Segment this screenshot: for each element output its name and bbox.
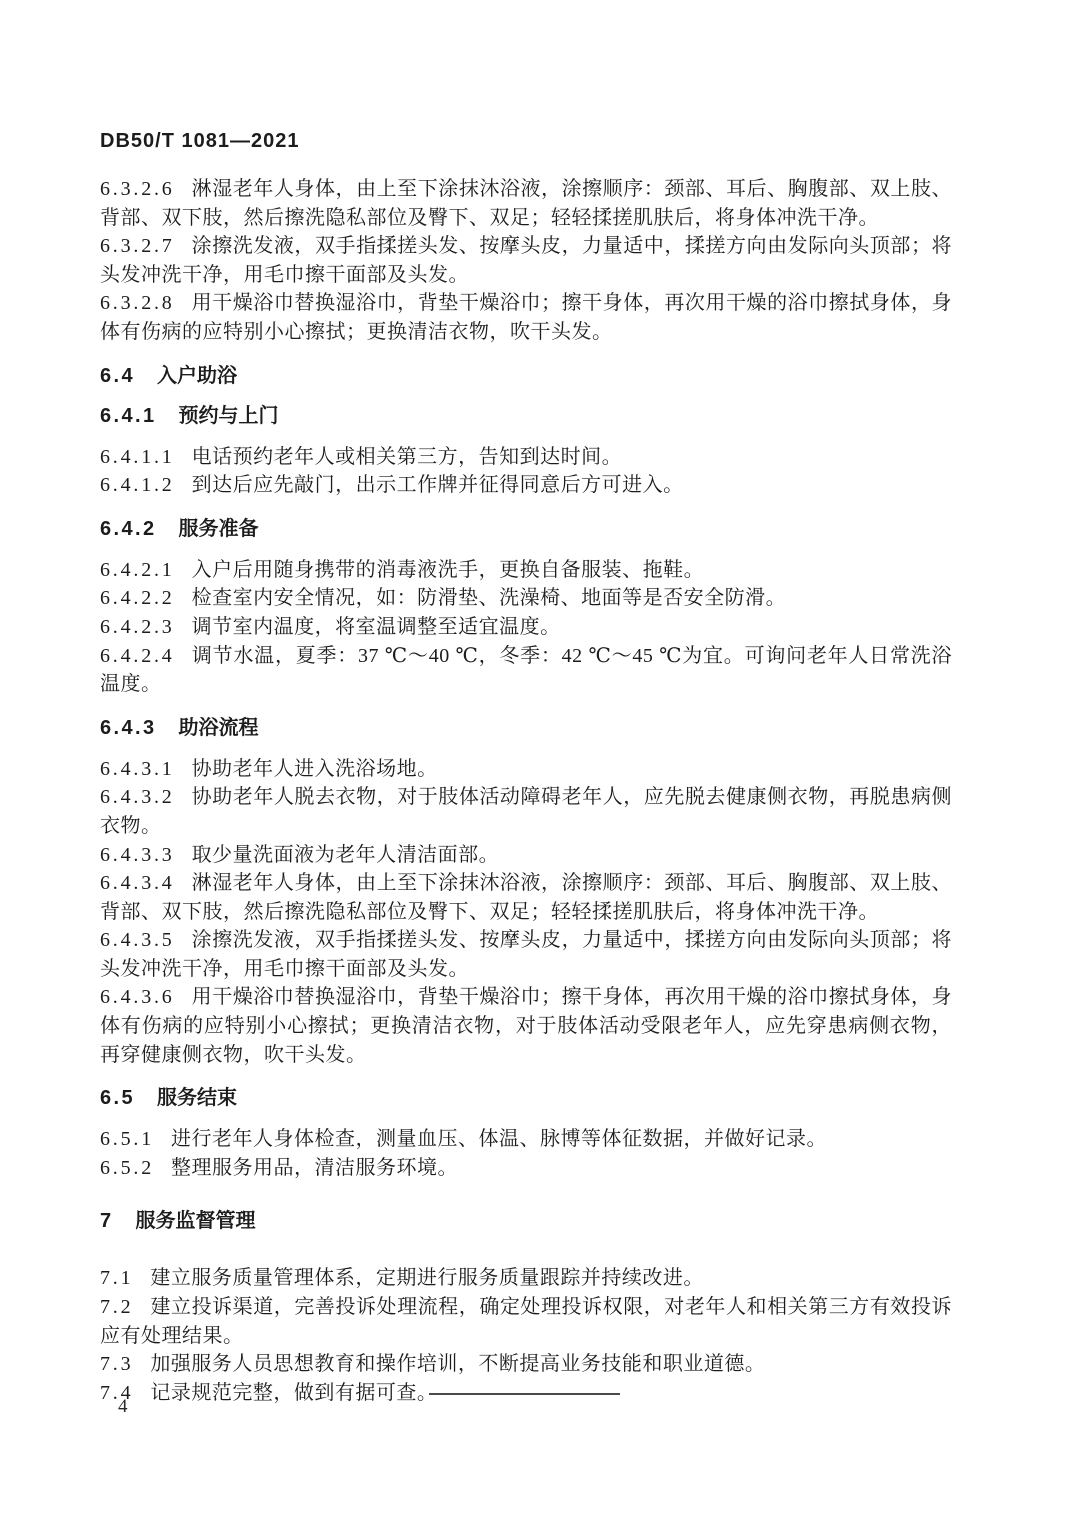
block-number: 7.2 bbox=[100, 1296, 133, 1318]
heading-6.4: 6.4入户助浴 bbox=[100, 365, 952, 387]
block-text: 入户后用随身携带的消毒液洗手，更换自备服装、拖鞋。 bbox=[192, 559, 705, 581]
block-text: 入户助浴 bbox=[157, 365, 237, 387]
clause-6.4.2.1: 6.4.2.1入户后用随身携带的消毒液洗手，更换自备服装、拖鞋。 bbox=[100, 556, 952, 585]
document-page: DB50/T 1081—2021 6.3.2.6淋湿老年人身体，由上至下涂抹沐浴… bbox=[0, 0, 1074, 1520]
block-text: 淋湿老年人身体，由上至下涂抹沐浴液，涂擦顺序：颈部、耳后、胸腹部、双上肢、背部、… bbox=[100, 872, 952, 923]
block-text: 用干燥浴巾替换湿浴巾，背垫干燥浴巾；擦干身体，再次用干燥的浴巾擦拭身体，身体有伤… bbox=[100, 292, 952, 343]
block-number: 6.4.2.2 bbox=[100, 587, 175, 609]
footer-rule bbox=[429, 1393, 620, 1395]
clause-7.2: 7.2建立投诉渠道，完善投诉处理流程，确定处理投诉权限，对老年人和相关第三方有效… bbox=[100, 1293, 952, 1350]
block-number: 6.4 bbox=[100, 365, 135, 387]
clause-6.3.2.8: 6.3.2.8用干燥浴巾替换湿浴巾，背垫干燥浴巾；擦干身体，再次用干燥的浴巾擦拭… bbox=[100, 289, 952, 346]
heading-6.4.2: 6.4.2服务准备 bbox=[100, 518, 952, 540]
clause-6.4.3.6: 6.4.3.6用干燥浴巾替换湿浴巾，背垫干燥浴巾；擦干身体，再次用干燥的浴巾擦拭… bbox=[100, 983, 952, 1069]
block-number: 7.4 bbox=[100, 1382, 133, 1404]
block-number: 6.3.2.8 bbox=[100, 292, 175, 314]
block-number: 6.3.2.7 bbox=[100, 235, 175, 257]
heading-6.4.3: 6.4.3助浴流程 bbox=[100, 717, 952, 739]
clause-6.4.3.3: 6.4.3.3取少量洗面液为老年人清洁面部。 bbox=[100, 841, 952, 870]
clause-6.5.1: 6.5.1进行老年人身体检查，测量血压、体温、脉博等体征数据，并做好记录。 bbox=[100, 1125, 952, 1154]
block-number: 6.4.1.2 bbox=[100, 474, 175, 496]
block-text: 涂擦洗发液，双手指揉搓头发、按摩头皮，力量适中，揉搓方向由发际向头顶部；将头发冲… bbox=[100, 929, 952, 980]
heading-7: 7服务监督管理 bbox=[100, 1210, 952, 1232]
block-number: 6.4.2.1 bbox=[100, 559, 175, 581]
block-text: 用干燥浴巾替换湿浴巾，背垫干燥浴巾；擦干身体，再次用干燥的浴巾擦拭身体，身体有伤… bbox=[100, 986, 952, 1065]
block-number: 7.1 bbox=[100, 1267, 133, 1289]
block-number: 6.4.3 bbox=[100, 717, 156, 739]
block-number: 6.4.3.5 bbox=[100, 929, 175, 951]
block-text: 建立投诉渠道，完善投诉处理流程，确定处理投诉权限，对老年人和相关第三方有效投诉应… bbox=[100, 1296, 952, 1347]
heading-6.4.1: 6.4.1预约与上门 bbox=[100, 405, 952, 427]
block-number: 6.4.3.3 bbox=[100, 844, 175, 866]
clause-6.4.2.4: 6.4.2.4调节水温，夏季：37 ℃～40 ℃，冬季：42 ℃～45 ℃为宜。… bbox=[100, 642, 952, 699]
block-text: 取少量洗面液为老年人清洁面部。 bbox=[192, 844, 500, 866]
block-text: 调节室内温度，将室温调整至适宜温度。 bbox=[192, 616, 561, 638]
clause-6.4.3.4: 6.4.3.4淋湿老年人身体，由上至下涂抹沐浴液，涂擦顺序：颈部、耳后、胸腹部、… bbox=[100, 869, 952, 926]
block-text: 记录规范完整，做到有据可查。 bbox=[150, 1382, 437, 1404]
clause-6.4.3.2: 6.4.3.2协助老年人脱去衣物，对于肢体活动障碍老年人，应先脱去健康侧衣物，再… bbox=[100, 783, 952, 840]
block-text: 加强服务人员思想教育和操作培训，不断提高业务技能和职业道德。 bbox=[150, 1353, 765, 1375]
block-text: 服务监督管理 bbox=[136, 1210, 256, 1232]
heading-6.5: 6.5服务结束 bbox=[100, 1087, 952, 1109]
clause-6.3.2.6: 6.3.2.6淋湿老年人身体，由上至下涂抹沐浴液，涂擦顺序：颈部、耳后、胸腹部、… bbox=[100, 175, 952, 232]
block-text: 电话预约老年人或相关第三方，告知到达时间。 bbox=[192, 446, 623, 468]
block-number: 6.4.3.1 bbox=[100, 758, 175, 780]
clause-7.1: 7.1建立服务质量管理体系，定期进行服务质量跟踪并持续改进。 bbox=[100, 1264, 952, 1293]
block-number: 7.3 bbox=[100, 1353, 133, 1375]
block-number: 6.3.2.6 bbox=[100, 178, 175, 200]
block-number: 6.5.1 bbox=[100, 1128, 154, 1150]
clause-7.3: 7.3加强服务人员思想教育和操作培训，不断提高业务技能和职业道德。 bbox=[100, 1350, 952, 1379]
block-text: 建立服务质量管理体系，定期进行服务质量跟踪并持续改进。 bbox=[150, 1267, 704, 1289]
block-text: 协助老年人进入洗浴场地。 bbox=[192, 758, 438, 780]
block-number: 6.5.2 bbox=[100, 1157, 154, 1179]
block-text: 服务结束 bbox=[157, 1087, 237, 1109]
block-text: 整理服务用品，清洁服务环境。 bbox=[171, 1157, 458, 1179]
block-text: 涂擦洗发液，双手指揉搓头发、按摩头皮，力量适中，揉搓方向由发际向头顶部；将头发冲… bbox=[100, 235, 952, 286]
block-text: 预约与上门 bbox=[178, 405, 278, 427]
page-number: 4 bbox=[118, 1396, 128, 1418]
clause-6.4.1.1: 6.4.1.1电话预约老年人或相关第三方，告知到达时间。 bbox=[100, 443, 952, 472]
clause-6.4.3.1: 6.4.3.1协助老年人进入洗浴场地。 bbox=[100, 755, 952, 784]
block-text: 助浴流程 bbox=[178, 717, 258, 739]
clause-6.4.1.2: 6.4.1.2到达后应先敲门，出示工作牌并征得同意后方可进入。 bbox=[100, 471, 952, 500]
clause-6.4.2.3: 6.4.2.3调节室内温度，将室温调整至适宜温度。 bbox=[100, 613, 952, 642]
block-text: 到达后应先敲门，出示工作牌并征得同意后方可进入。 bbox=[192, 474, 684, 496]
block-text: 进行老年人身体检查，测量血压、体温、脉博等体征数据，并做好记录。 bbox=[171, 1128, 827, 1150]
block-number: 7 bbox=[100, 1210, 114, 1232]
block-number: 6.4.3.2 bbox=[100, 786, 175, 808]
clause-6.5.2: 6.5.2整理服务用品，清洁服务环境。 bbox=[100, 1154, 952, 1183]
block-number: 6.4.1 bbox=[100, 405, 156, 427]
block-text: 淋湿老年人身体，由上至下涂抹沐浴液，涂擦顺序：颈部、耳后、胸腹部、双上肢、背部、… bbox=[100, 178, 952, 229]
block-number: 6.4.2.4 bbox=[100, 645, 175, 667]
block-text: 调节水温，夏季：37 ℃～40 ℃，冬季：42 ℃～45 ℃为宜。可询问老年人日… bbox=[100, 645, 952, 696]
block-number: 6.5 bbox=[100, 1087, 135, 1109]
block-number: 6.4.2 bbox=[100, 518, 156, 540]
block-text: 服务准备 bbox=[178, 518, 258, 540]
block-number: 6.4.1.1 bbox=[100, 446, 175, 468]
clause-6.4.2.2: 6.4.2.2检查室内安全情况，如：防滑垫、洗澡椅、地面等是否安全防滑。 bbox=[100, 584, 952, 613]
clause-6.3.2.7: 6.3.2.7涂擦洗发液，双手指揉搓头发、按摩头皮，力量适中，揉搓方向由发际向头… bbox=[100, 232, 952, 289]
block-text: 协助老年人脱去衣物，对于肢体活动障碍老年人，应先脱去健康侧衣物，再脱患病侧衣物。 bbox=[100, 786, 952, 837]
block-number: 6.4.3.4 bbox=[100, 872, 175, 894]
clause-6.4.3.5: 6.4.3.5涂擦洗发液，双手指揉搓头发、按摩头皮，力量适中，揉搓方向由发际向头… bbox=[100, 926, 952, 983]
block-number: 6.4.3.6 bbox=[100, 986, 175, 1008]
block-text: 检查室内安全情况，如：防滑垫、洗澡椅、地面等是否安全防滑。 bbox=[192, 587, 787, 609]
block-number: 6.4.2.3 bbox=[100, 616, 175, 638]
document-body: 6.3.2.6淋湿老年人身体，由上至下涂抹沐浴液，涂擦顺序：颈部、耳后、胸腹部、… bbox=[100, 0, 952, 1407]
